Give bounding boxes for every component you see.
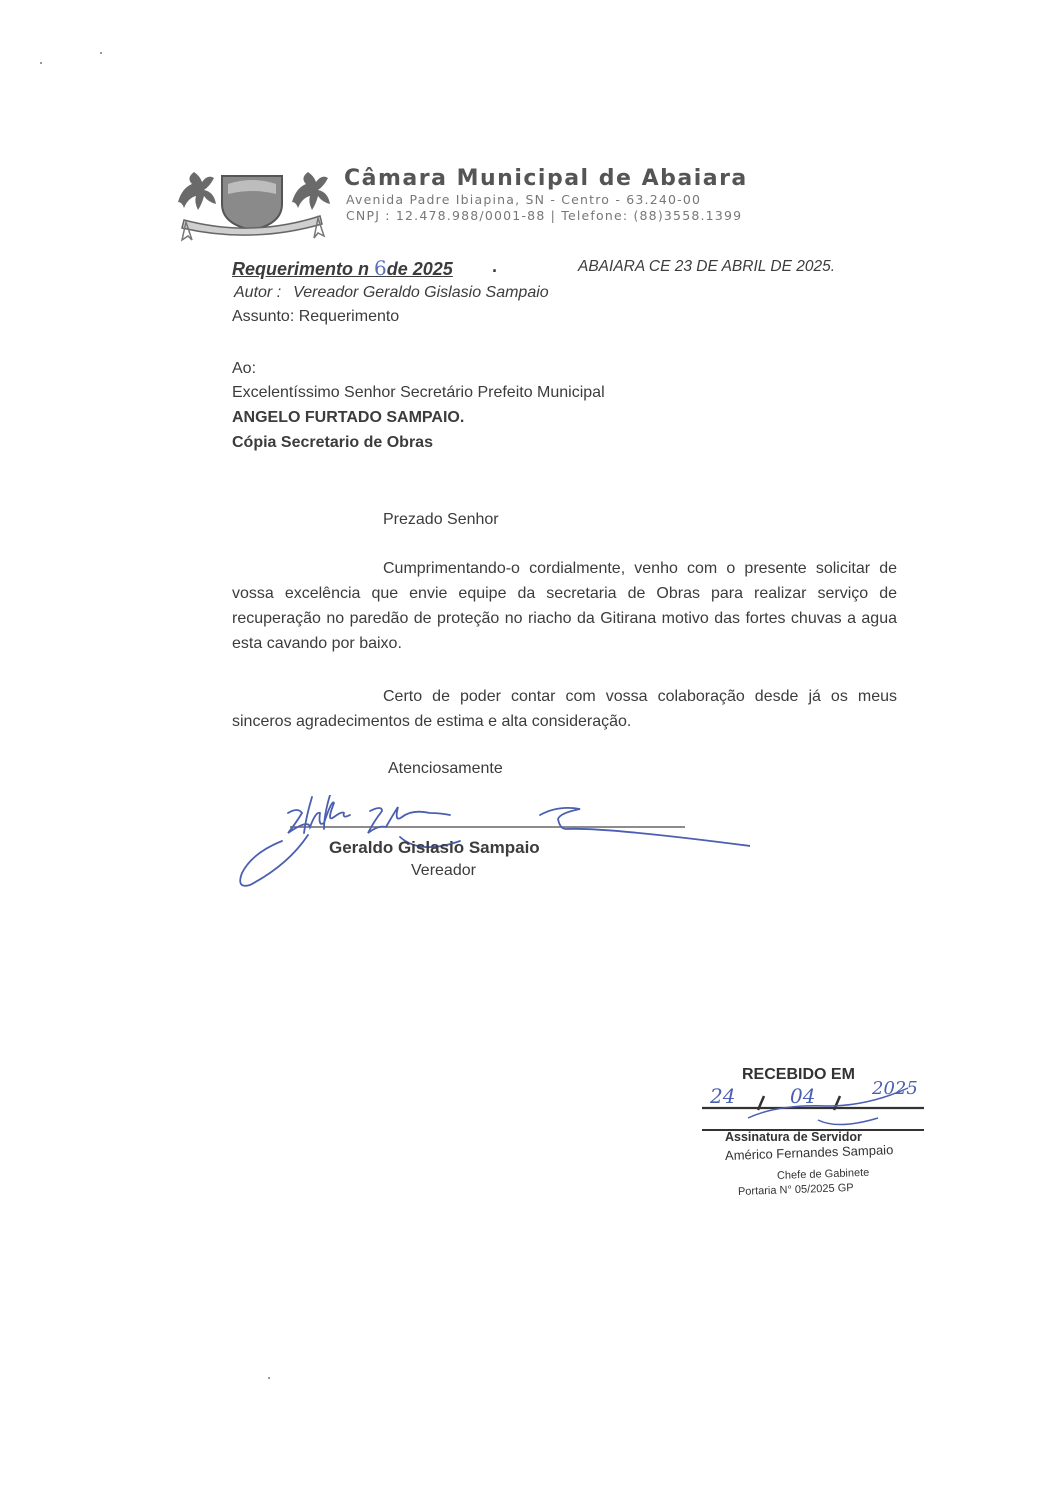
author-line: Autor :Vereador Geraldo Gislasio Sampaio [234, 284, 549, 302]
official-role: Chefe de Gabinete [777, 1167, 870, 1182]
title-period: . [492, 256, 497, 277]
recipient-label: Ao: [232, 360, 256, 378]
received-month: 04 [790, 1084, 815, 1108]
document-title: Requerimento n 6de 2025 [232, 256, 453, 280]
official-name: Américo Fernandes Sampaio [725, 1142, 894, 1163]
institution-name: Câmara Municipal de Abaiara [344, 166, 748, 191]
coat-of-arms-icon [170, 162, 335, 242]
place-date: ABAIARA CE 23 DE ABRIL DE 2025. [578, 258, 835, 276]
received-year: 2025 [872, 1078, 918, 1099]
signatory-role: Vereador [411, 862, 476, 880]
received-day: 24 [710, 1084, 735, 1108]
ordinance-number: Portaria N° 05/2025 GP [738, 1182, 854, 1198]
subject-line: Assunto: Requerimento [232, 308, 399, 326]
closing: Atenciosamente [388, 760, 503, 778]
author-value: Vereador Geraldo Gislasio Sampaio [293, 284, 549, 301]
recipient-copy: Cópia Secretario de Obras [232, 434, 433, 452]
signatory-name: Geraldo Gislasio Sampaio [329, 838, 540, 858]
institution-address: Avenida Padre Ibiapina, SN - Centro - 63… [346, 192, 701, 207]
body-paragraph-2: Certo de poder contar com vossa colabora… [232, 684, 897, 734]
author-label: Autor : [234, 284, 281, 301]
scan-speck [100, 52, 102, 54]
document-page: Câmara Municipal de Abaiara Avenida Padr… [0, 0, 1056, 1494]
title-prefix: Requerimento n [232, 259, 374, 279]
scan-speck [40, 62, 42, 64]
handwritten-number: 6 [374, 256, 387, 280]
title-suffix: de 2025 [387, 259, 453, 279]
body-paragraph-1: Cumprimentando-o cordialmente, venho com… [232, 556, 897, 656]
recipient-title: Excelentíssimo Senhor Secretário Prefeit… [232, 384, 605, 402]
greeting: Prezado Senhor [383, 511, 499, 529]
server-signature-label: Assinatura de Servidor [725, 1130, 862, 1144]
recipient-name: ANGELO FURTADO SAMPAIO. [232, 409, 464, 427]
scan-speck [268, 1377, 270, 1379]
institution-contact: CNPJ : 12.478.988/0001-88 | Telefone: (8… [346, 208, 742, 223]
